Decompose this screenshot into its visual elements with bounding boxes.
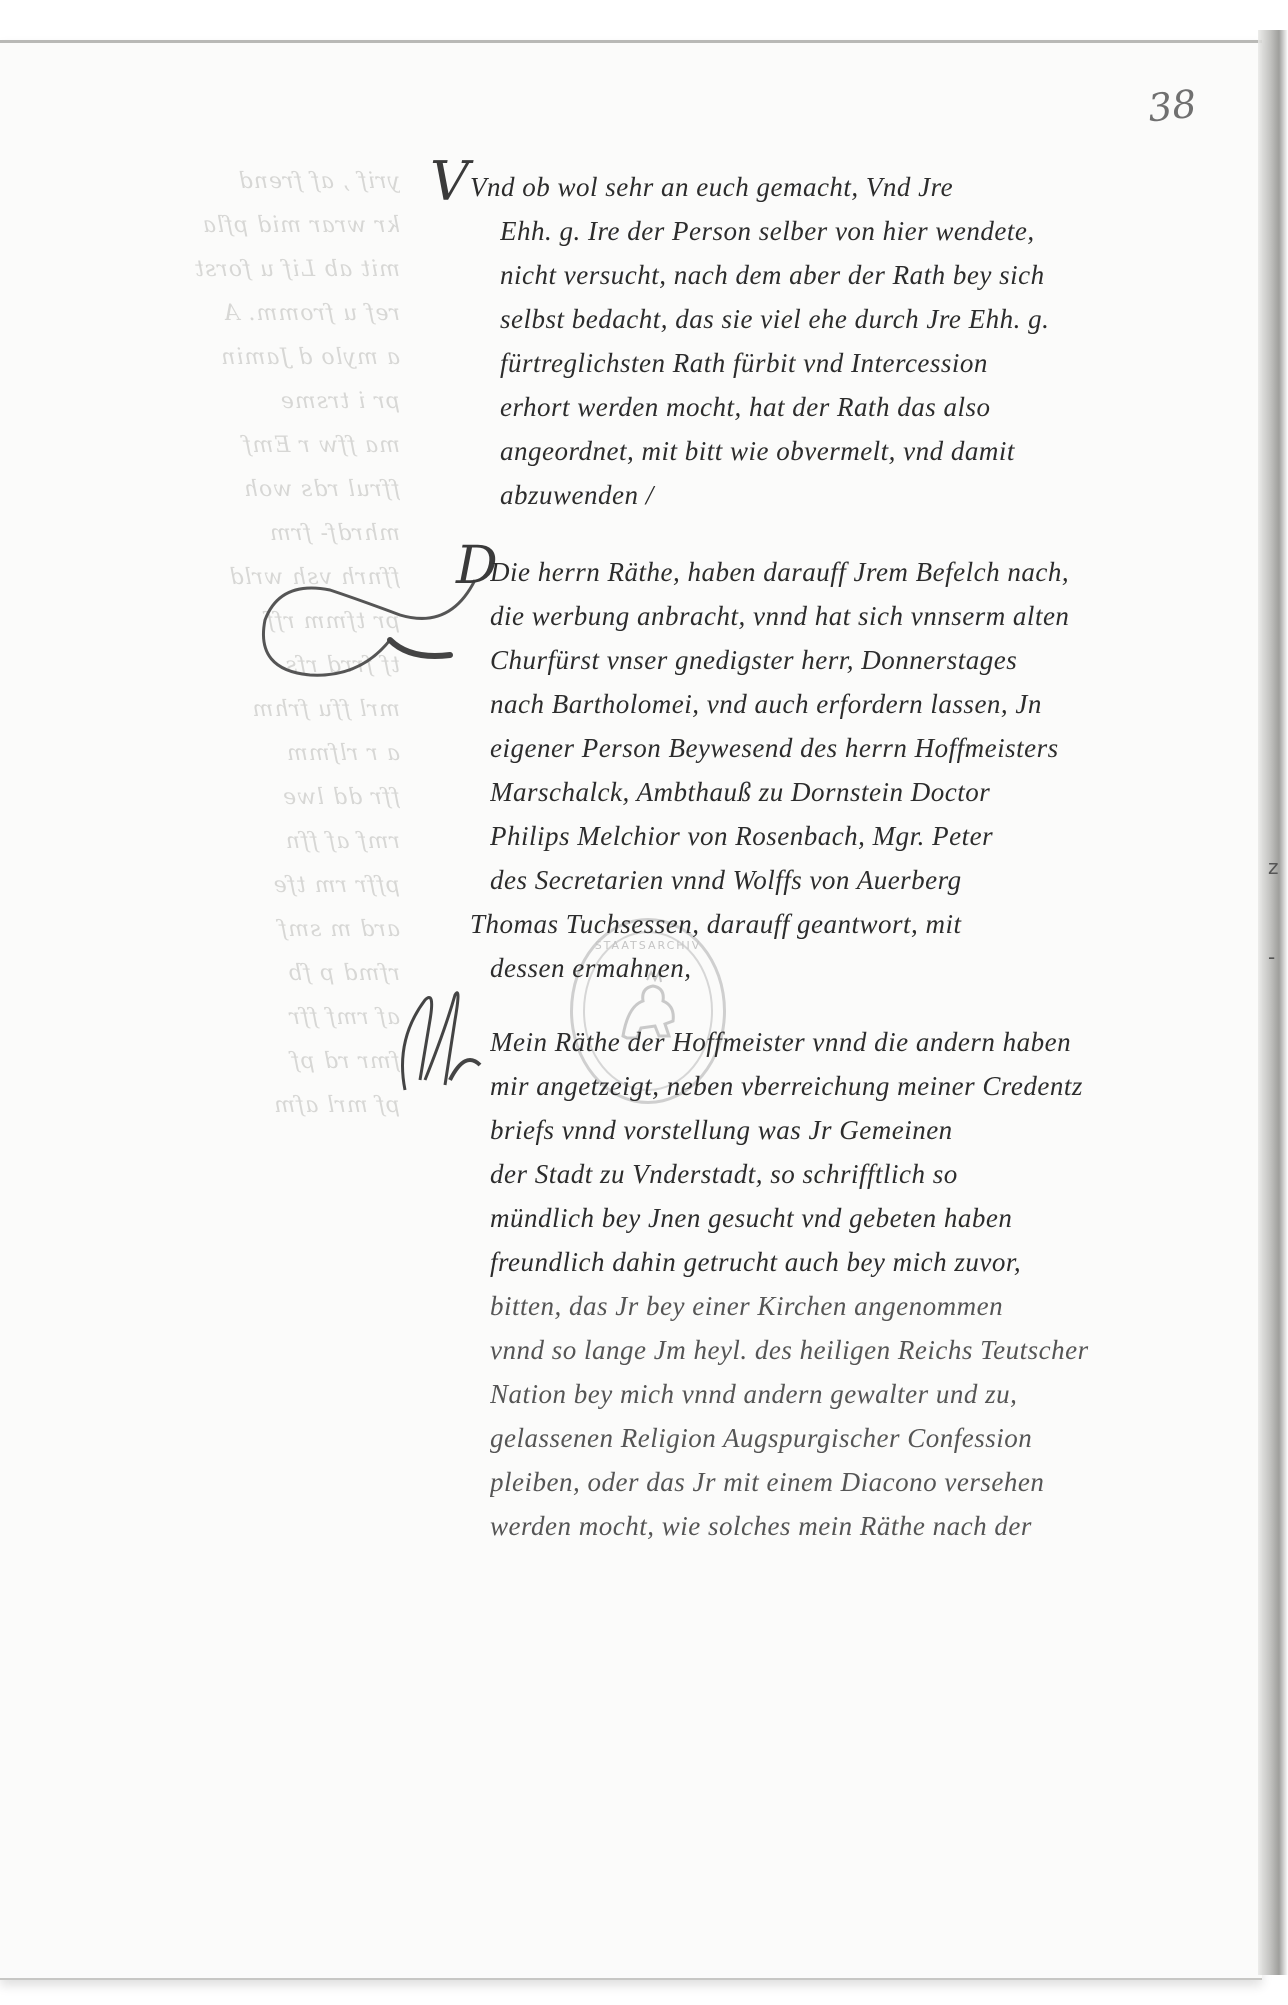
bleed-line: yrif , af frend bbox=[20, 160, 400, 204]
ink-bleed-through: yrif , af frendkr wrar mid pflamit ab Li… bbox=[20, 160, 400, 1360]
initial-v: V bbox=[430, 150, 469, 213]
bleed-line: a mylo d Jamin bbox=[20, 336, 400, 380]
margin-mark: z bbox=[1268, 855, 1279, 879]
bleed-line: fmr rd pf bbox=[20, 1040, 400, 1084]
text-line: eigener Person Beywesend des herrn Hoffm… bbox=[490, 726, 1069, 770]
text-line: der Stadt zu Vnderstadt, so schrifftlich… bbox=[490, 1152, 1089, 1196]
bleed-line: pf mrl afm bbox=[20, 1084, 400, 1128]
text-line: freundlich dahin getrucht auch bey mich … bbox=[490, 1240, 1089, 1284]
bleed-line: pffr rm tfe bbox=[20, 864, 400, 908]
paragraph-1: Vnd ob wol sehr an euch gemacht, Vnd Jre… bbox=[470, 165, 1049, 517]
bleed-line: ard m smf bbox=[20, 908, 400, 952]
bleed-line: af rmf ffr bbox=[20, 996, 400, 1040]
text-line: Philips Melchior von Rosenbach, Mgr. Pet… bbox=[490, 814, 1069, 858]
text-line: bitten, das Jr bey einer Kirchen angenom… bbox=[490, 1284, 1089, 1328]
bleed-line: rfmd p fb bbox=[20, 952, 400, 996]
text-line: Ehh. g. Ire der Person selber von hier w… bbox=[500, 209, 1049, 253]
bleed-line: mrl ffu frhm bbox=[20, 688, 400, 732]
text-line: Nation bey mich vnnd andern gewalter und… bbox=[490, 1372, 1089, 1416]
text-line: Mein Räthe der Hoffmeister vnnd die ande… bbox=[490, 1020, 1089, 1064]
bleed-line: ffr dd lwe bbox=[20, 776, 400, 820]
text-line: nach Bartholomei, vnd auch erfordern las… bbox=[490, 682, 1069, 726]
bleed-line: mhrdf- frm bbox=[20, 512, 400, 556]
text-line: fürtreglichsten Rath fürbit vnd Interces… bbox=[500, 341, 1049, 385]
text-line: Vnd ob wol sehr an euch gemacht, Vnd Jre bbox=[470, 165, 1049, 209]
text-line: abzuwenden / bbox=[500, 473, 1049, 517]
text-line: die werbung anbracht, vnnd hat sich vnns… bbox=[490, 594, 1069, 638]
text-line: gelassenen Religion Augspurgischer Confe… bbox=[490, 1416, 1089, 1460]
bleed-line: pr i trsme bbox=[20, 380, 400, 424]
flourish-d-initial-icon bbox=[250, 560, 490, 690]
bleed-line: ref u fromm. A bbox=[20, 292, 400, 336]
margin-mark: - bbox=[1268, 945, 1275, 969]
paragraph-2: Die herrn Räthe, haben darauff Jrem Befe… bbox=[490, 550, 1069, 990]
text-line: pleiben, oder das Jr mit einem Diacono v… bbox=[490, 1460, 1089, 1504]
text-line: Die herrn Räthe, haben darauff Jrem Befe… bbox=[490, 550, 1069, 594]
text-line: des Secretarien vnnd Wolffs von Auerberg bbox=[490, 858, 1069, 902]
paragraph-3: Mein Räthe der Hoffmeister vnnd die ande… bbox=[490, 1020, 1089, 1548]
text-line: Marschalck, Ambthauß zu Dornstein Doctor bbox=[490, 770, 1069, 814]
bleed-line: kr wrar mid pfla bbox=[20, 204, 400, 248]
text-line: werden mocht, wie solches mein Räthe nac… bbox=[490, 1504, 1089, 1548]
text-line: mir angetzeigt, neben vberreichung meine… bbox=[490, 1064, 1089, 1108]
text-line: dessen ermahnen, bbox=[490, 946, 1069, 990]
folio-number: 38 bbox=[1146, 82, 1199, 131]
text-line: Thomas Tuchsessen, darauff geantwort, mi… bbox=[470, 902, 1069, 946]
text-line: mündlich bey Jnen gesucht vnd gebeten ha… bbox=[490, 1196, 1089, 1240]
bleed-line: ma ffw r Emf bbox=[20, 424, 400, 468]
bleed-line: ffrul rds woh bbox=[20, 468, 400, 512]
text-line: nicht versucht, nach dem aber der Rath b… bbox=[500, 253, 1049, 297]
text-line: briefs vnnd vorstellung was Jr Gemeinen bbox=[490, 1108, 1089, 1152]
bleed-line: mit ab Lif u forst bbox=[20, 248, 400, 292]
text-line: vnnd so lange Jm heyl. des heiligen Reic… bbox=[490, 1328, 1089, 1372]
page-edge-shadow bbox=[1258, 30, 1288, 1975]
text-line: erhort werden mocht, hat der Rath das al… bbox=[500, 385, 1049, 429]
bleed-line: a r rlfmm bbox=[20, 732, 400, 776]
text-line: angeordnet, mit bitt wie obvermelt, vnd … bbox=[500, 429, 1049, 473]
bleed-line: rmf af ffn bbox=[20, 820, 400, 864]
text-line: selbst bedacht, das sie viel ehe durch J… bbox=[500, 297, 1049, 341]
text-line: Churfürst vnser gnedigster herr, Donners… bbox=[490, 638, 1069, 682]
